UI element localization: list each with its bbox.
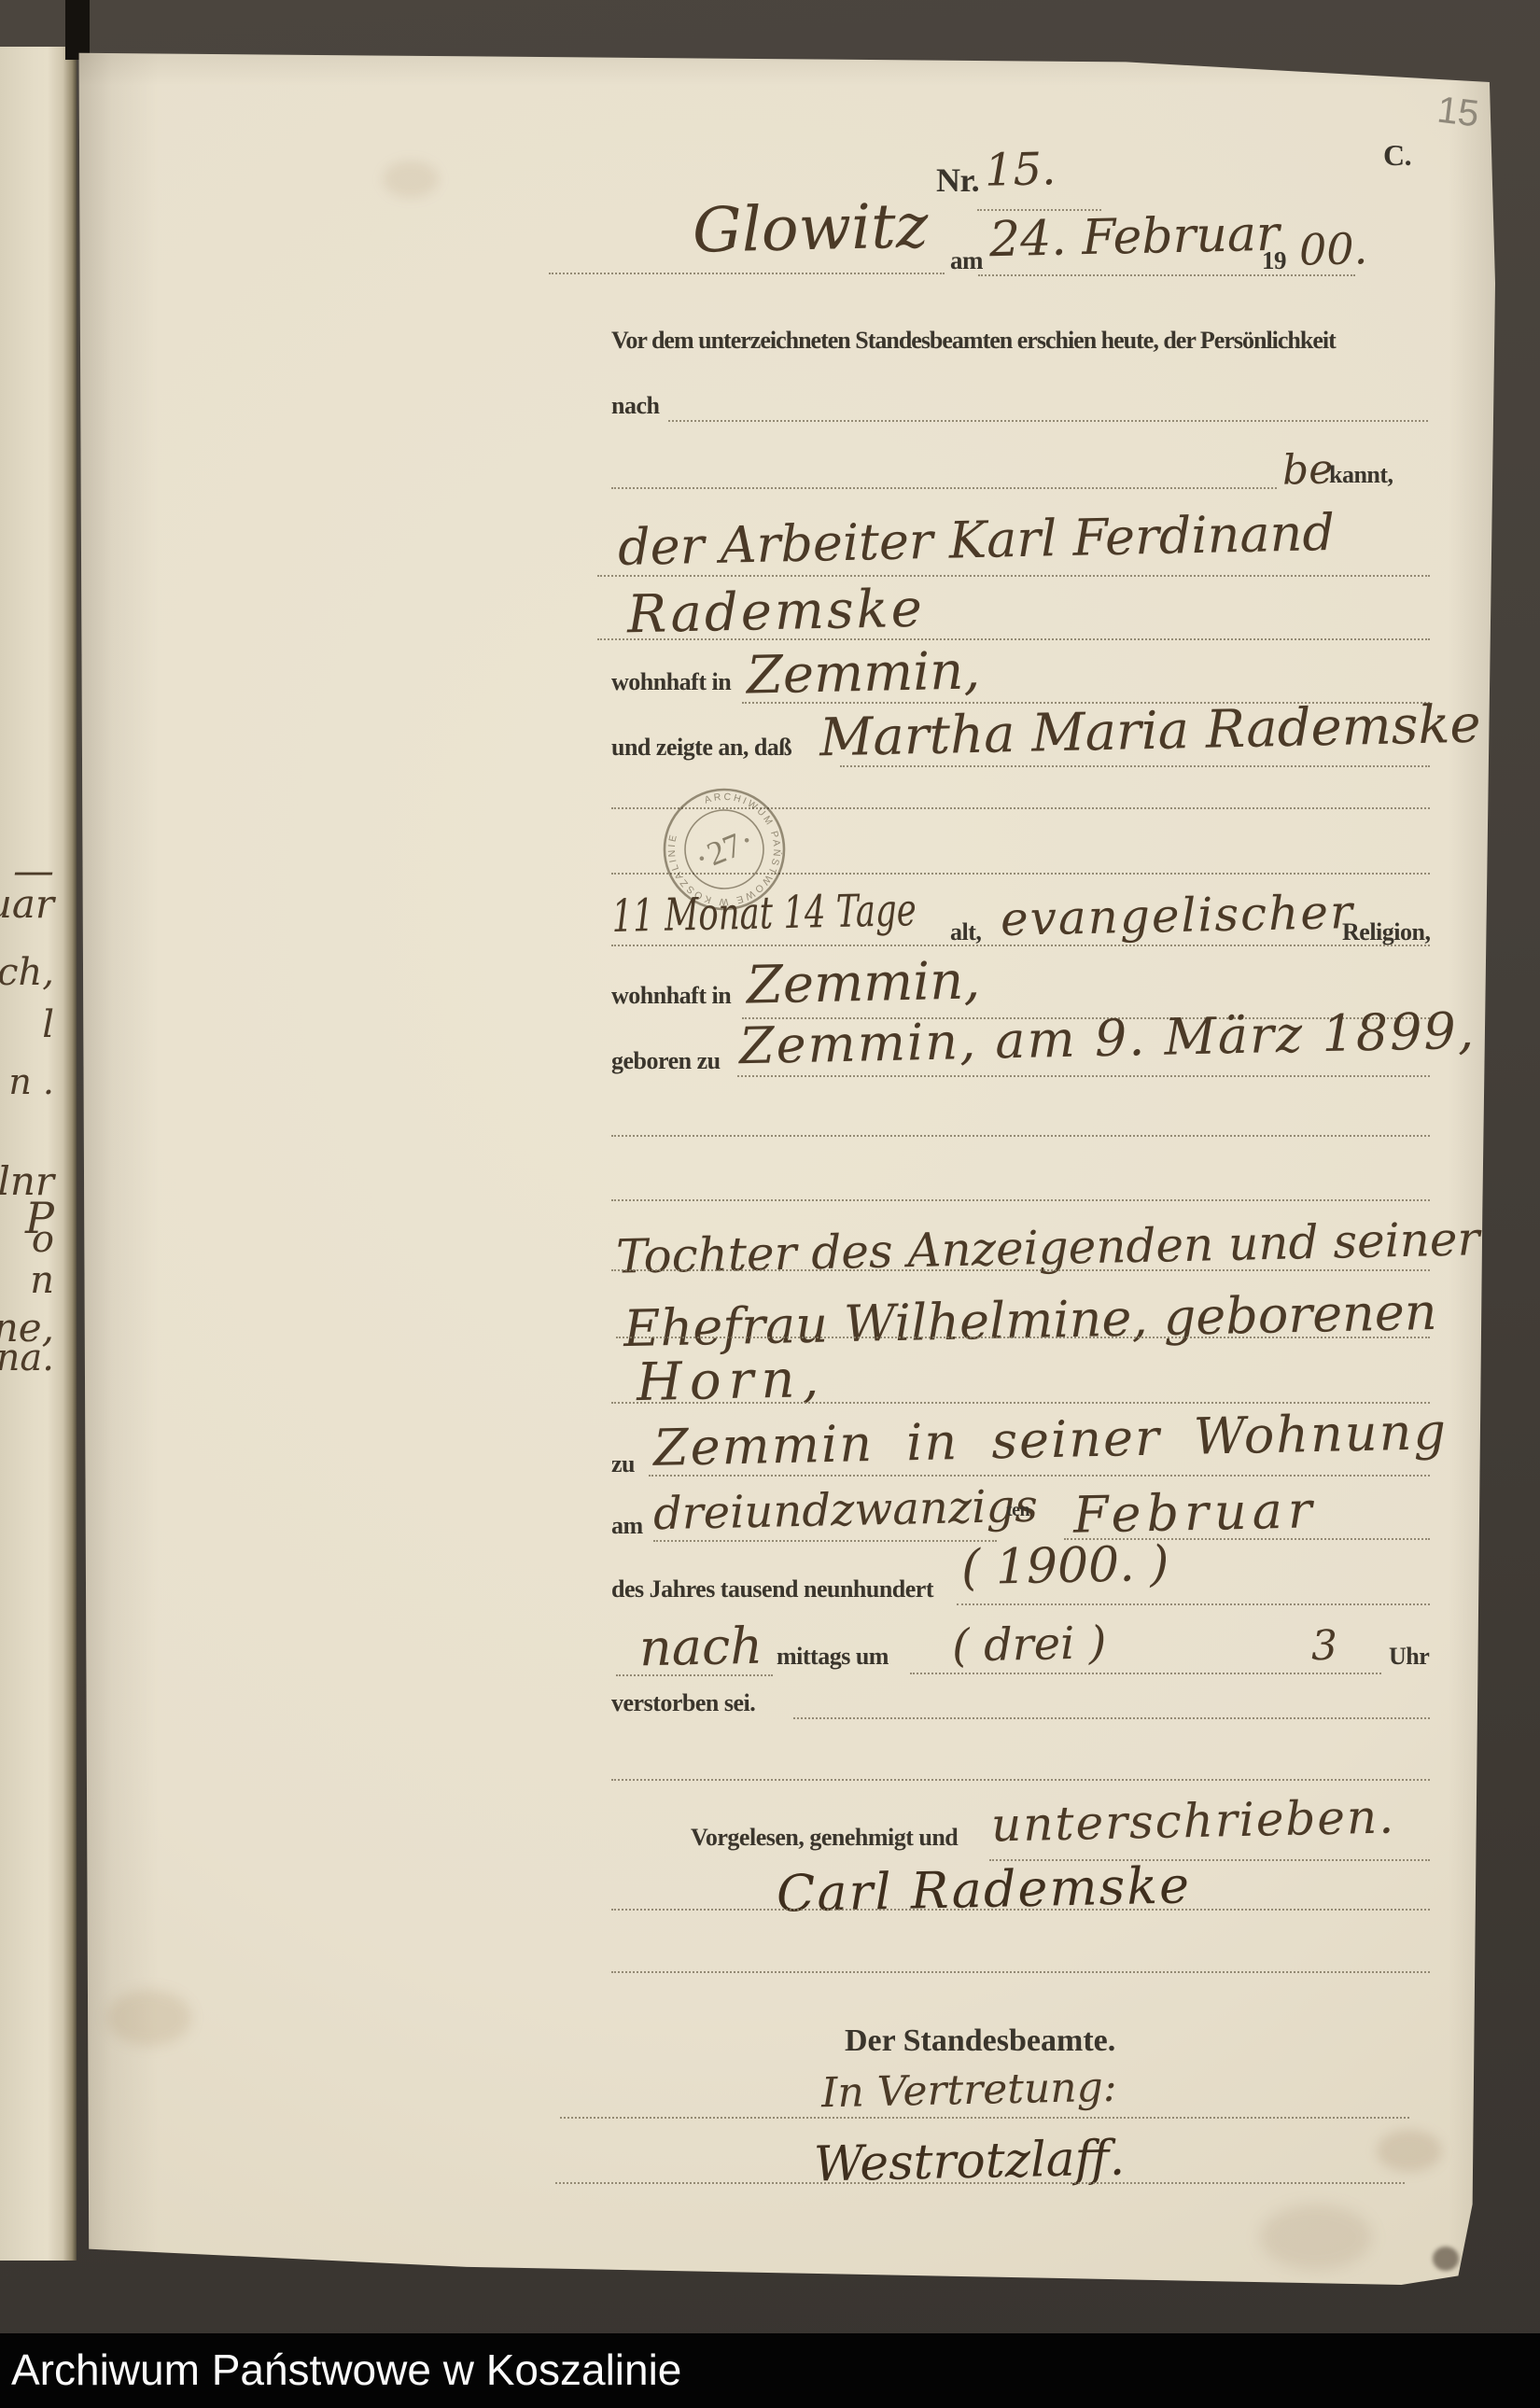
- residence2-value: Zemmin,: [746, 955, 980, 1012]
- dotted-line: [611, 1199, 1430, 1201]
- dotted-line: [653, 1540, 997, 1542]
- declarant-line2: Rademske: [626, 583, 925, 642]
- margin-fragment: n .: [8, 1064, 54, 1099]
- dotted-line: [555, 2182, 1405, 2184]
- paper-stain: [1433, 2247, 1459, 2271]
- known-handwritten: be: [1282, 449, 1334, 491]
- closing-handwritten: unterschrieben.: [991, 1793, 1396, 1848]
- paper-stain: [107, 1990, 191, 2046]
- known-printed: kannt,: [1329, 463, 1393, 487]
- dotted-line: [737, 1075, 1430, 1077]
- death-date-value: dreiundzwanzigs: [653, 1484, 1039, 1537]
- archive-name: Archiwum Państwowe w Koszalinie: [11, 2345, 681, 2395]
- paper-stain: [1260, 2205, 1372, 2270]
- born-label: geboren zu: [611, 1049, 721, 1073]
- time-prefix-value: nach: [638, 1621, 763, 1674]
- registrar-signature: Westrotzlaff.: [813, 2135, 1125, 2190]
- dotted-line: [793, 1717, 1430, 1719]
- deceased-name: Martha Maria Rademske: [819, 699, 1481, 765]
- dotted-line: [616, 1674, 773, 1676]
- dotted-line: [611, 1269, 1430, 1271]
- time-words-value: ( drei ): [952, 1620, 1107, 1668]
- year-line-printed: des Jahres tausend neunhundert: [611, 1577, 933, 1602]
- dotted-line: [649, 1475, 1430, 1477]
- death-place-label: zu: [611, 1452, 635, 1477]
- archive-scan-view: — uar ych, l n . lnr P o n ne, ybna. Nr.…: [0, 0, 1540, 2408]
- dotted-line: [611, 1135, 1430, 1137]
- dotted-line: [611, 1971, 1430, 1973]
- dotted-line: [668, 420, 1428, 422]
- dotted-line: [549, 273, 945, 274]
- registrar-note: In Vertretung:: [821, 2067, 1117, 2115]
- age-value: 11 Monat 14 Tage: [611, 888, 917, 939]
- margin-fragment: ych,: [0, 954, 54, 991]
- declarant-line1: der Arbeiter Karl Ferdinand: [618, 508, 1336, 573]
- previous-page-edge: — uar ych, l n . lnr P o n ne, ybna.: [0, 47, 77, 2261]
- record-number-label: Nr.: [936, 163, 979, 197]
- deceased-statement: verstorben sei.: [611, 1691, 755, 1715]
- paper-stain: [1377, 2130, 1442, 2172]
- dotted-line: [611, 1909, 1430, 1911]
- book-gutter: [65, 0, 90, 60]
- margin-fragment: uar: [0, 885, 54, 924]
- place-name: Glowitz: [692, 195, 929, 261]
- dotted-line: [611, 1779, 1430, 1781]
- declarant-signature: Carl Rademske: [776, 1860, 1191, 1919]
- dotted-line: [910, 1673, 1381, 1674]
- religion-label: Religion,: [1342, 920, 1430, 945]
- document-page: [75, 49, 1495, 2285]
- dotted-line: [611, 487, 1277, 489]
- intro-nach: nach: [611, 394, 659, 418]
- dotted-line: [616, 1337, 1430, 1338]
- dotted-line: [840, 765, 1430, 767]
- residence2-label: wohnhaft in: [611, 984, 731, 1008]
- dotted-line: [978, 274, 1355, 276]
- registrar-title: Der Standesbeamte.: [845, 2025, 1115, 2057]
- year-printed: 19: [1262, 248, 1286, 273]
- year-line-value: ( 1900. ): [960, 1540, 1169, 1593]
- age-label: alt,: [950, 920, 981, 945]
- margin-fragment: n: [30, 1262, 54, 1299]
- corner-letter: C.: [1383, 140, 1411, 170]
- margin-fragment: ybna.: [0, 1339, 54, 1377]
- margin-fragment: o: [32, 1221, 54, 1258]
- margin-fragment: l: [42, 1006, 54, 1043]
- residence-label: wohnhaft in: [611, 670, 731, 694]
- death-date-label: am: [611, 1514, 643, 1538]
- time-unit: Uhr: [1389, 1645, 1429, 1669]
- religion-value: evangelischer: [1001, 889, 1355, 943]
- residence-value: Zemmin,: [746, 645, 980, 702]
- dotted-line: [611, 945, 1430, 946]
- date-prefix: am: [950, 248, 983, 273]
- archive-footer-bar: Archiwum Państwowe w Koszalinie: [0, 2333, 1540, 2408]
- pencil-page-number: 15: [1435, 91, 1481, 133]
- dotted-line: [597, 575, 1430, 577]
- intro-line: Vor dem unterzeichneten Standesbeamten e…: [611, 329, 1336, 353]
- stamp-number: 27: [702, 826, 747, 874]
- dotted-line: [597, 638, 1430, 640]
- closing-printed: Vorgelesen, genehmigt und: [691, 1826, 958, 1850]
- time-label: mittags um: [777, 1645, 889, 1669]
- paper-stain: [383, 161, 439, 198]
- report-label: und zeigte an, daß: [611, 735, 791, 760]
- death-date-suffix: ten: [1006, 1501, 1029, 1519]
- born-value: Zemmin, am 9. März 1899,: [739, 1006, 1477, 1072]
- dotted-line: [957, 1603, 1430, 1605]
- record-number-value: 15.: [985, 147, 1057, 193]
- death-month-value: Februar: [1072, 1485, 1318, 1540]
- date-value: 24. Februar: [988, 210, 1280, 264]
- year-value: 00.: [1299, 227, 1368, 272]
- time-digit-value: 3: [1311, 1626, 1338, 1668]
- dotted-line: [560, 2117, 1409, 2119]
- dotted-line: [611, 1402, 1430, 1404]
